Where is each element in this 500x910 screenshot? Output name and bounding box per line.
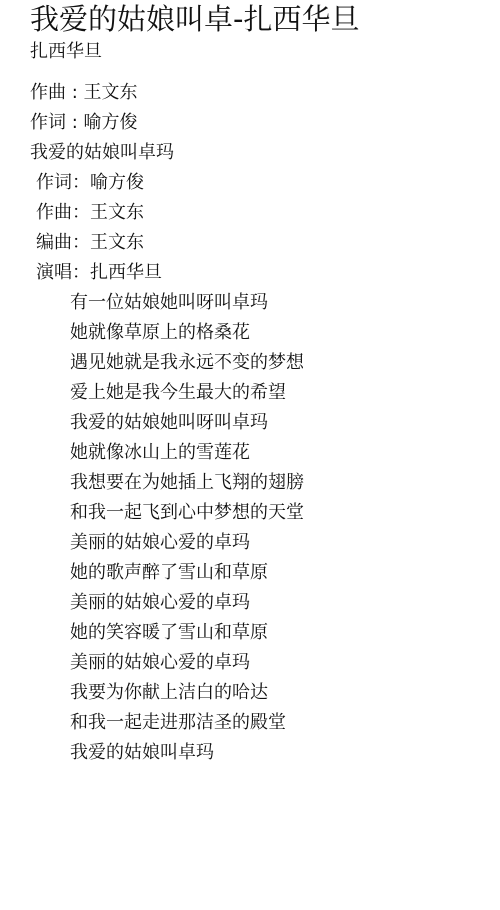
lyric-line: 我想要在为她插上飞翔的翅膀 [30, 468, 304, 498]
lyric-line: 我爱的姑娘她叫呀叫卓玛 [30, 408, 304, 438]
lyric-line: 我要为你献上洁白的哈达 [30, 678, 304, 708]
lyric-line: 她的笑容暖了雪山和草原 [30, 618, 304, 648]
lyrics-body: 作曲 : 王文东 作词 : 喻方俊 我爱的姑娘叫卓玛 作词：喻方俊 作曲：王文东… [30, 78, 304, 768]
credit-singer: 演唱：扎西华旦 [30, 258, 304, 288]
lyric-line: 美丽的姑娘心爱的卓玛 [30, 648, 304, 678]
lyric-line: 爱上她是我今生最大的希望 [30, 378, 304, 408]
lyric-line: 美丽的姑娘心爱的卓玛 [30, 588, 304, 618]
song-title: 我爱的姑娘叫卓-扎西华旦 [30, 1, 359, 37]
credit-lyricist: 作词：喻方俊 [30, 168, 304, 198]
lyric-line: 她就像冰山上的雪莲花 [30, 438, 304, 468]
credit-composer: 作曲：王文东 [30, 198, 304, 228]
lyric-line: 她就像草原上的格桑花 [30, 318, 304, 348]
lyric-line: 她的歌声醉了雪山和草原 [30, 558, 304, 588]
meta-lyricist: 作词 : 喻方俊 [30, 108, 304, 138]
meta-composer: 作曲 : 王文东 [30, 78, 304, 108]
credit-arranger: 编曲：王文东 [30, 228, 304, 258]
lyric-line: 有一位姑娘她叫呀叫卓玛 [30, 288, 304, 318]
lyric-line: 我爱的姑娘叫卓玛 [30, 738, 304, 768]
lyric-line: 和我一起走进那洁圣的殿堂 [30, 708, 304, 738]
lyric-line: 美丽的姑娘心爱的卓玛 [30, 528, 304, 558]
artist-name: 扎西华旦 [30, 40, 102, 64]
meta-song-name: 我爱的姑娘叫卓玛 [30, 138, 304, 168]
lyric-line: 遇见她就是我永远不变的梦想 [30, 348, 304, 378]
lyric-line: 和我一起飞到心中梦想的天堂 [30, 498, 304, 528]
